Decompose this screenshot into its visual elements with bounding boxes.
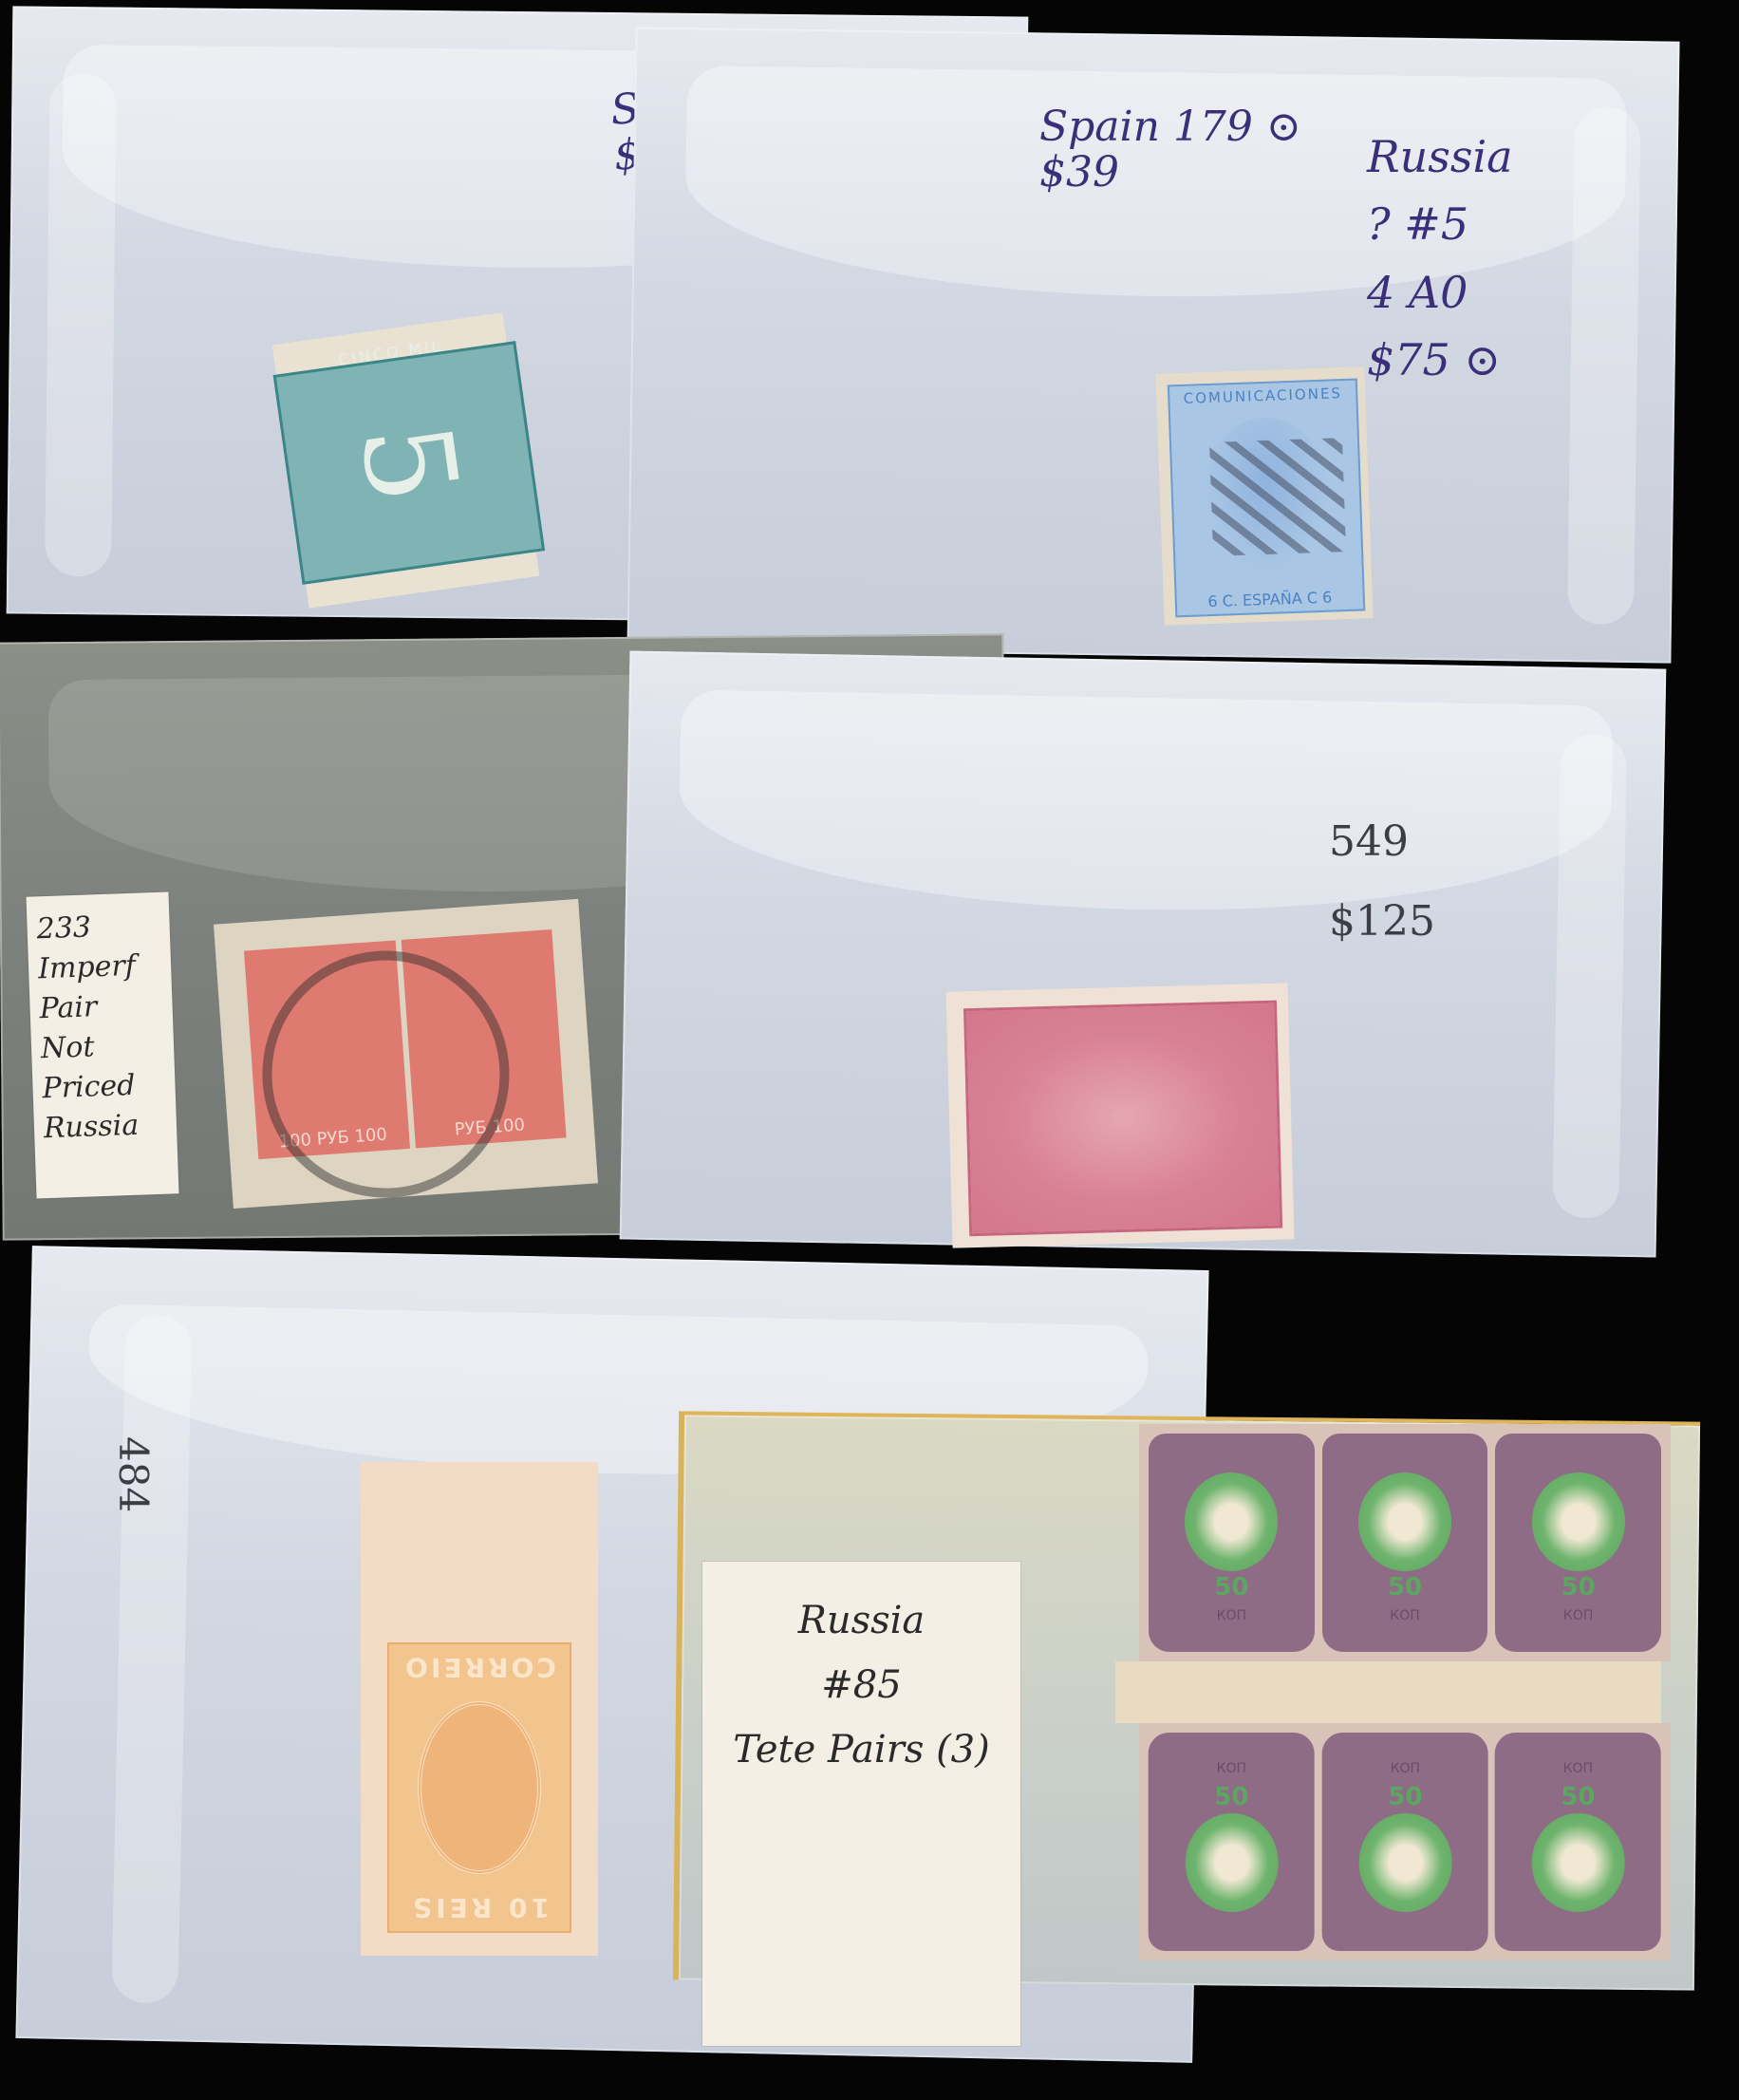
stamp-50-kop: 50КОП [1495, 1434, 1661, 1652]
stamp-currency: КОП [1495, 1608, 1661, 1623]
eagle-icon [1185, 1813, 1278, 1912]
note-spain-179: Spain 179 ⊙ $39 [1039, 104, 1301, 197]
stamp-body: 10 REIS CORREIO [387, 1642, 571, 1933]
eagle-icon [1358, 1813, 1451, 1912]
stamp-value: 50 [1149, 1783, 1315, 1811]
stamp-50-kop: 50КОП [1495, 1733, 1661, 1951]
label-russia-233: 233 Imperf Pair Not Priced Russia [26, 891, 178, 1198]
stamp-spain-6c-portrait: COMUNICACIONES 6 C. ESPAÑA C 6 [1155, 366, 1373, 626]
stamp-currency: КОП [1322, 1608, 1488, 1623]
cancellation-mark [1209, 438, 1346, 556]
stamp-row-inverted: 50КОП 50КОП 50КОП [1139, 1723, 1671, 1960]
eagle-icon [1532, 1813, 1625, 1912]
stamp-50-kop: 50КОП [1149, 1733, 1315, 1951]
stamp-50-kop: 50КОП [1149, 1434, 1315, 1652]
label-text: Russia #85 Tete Pairs (3) [702, 1562, 1020, 1809]
stamp-value: 50 [1495, 1573, 1661, 1602]
stamp-gutter [1115, 1661, 1661, 1723]
stamp-legend-top: COMUNICACIONES [1169, 384, 1356, 408]
stamp-legend-bottom: CORREIO [389, 1652, 570, 1683]
label-text: 233 Imperf Pair Not Priced Russia [26, 891, 178, 1162]
stamp-value: 50 [1322, 1783, 1488, 1811]
sleeve-fold [1552, 734, 1627, 1219]
label-russia-85: Russia #85 Tete Pairs (3) [702, 1562, 1020, 2046]
note-484: 484 [111, 1436, 155, 1512]
stamp-currency: КОП [1495, 1761, 1661, 1776]
sleeve-fold [111, 1314, 192, 2003]
stamp-50-kop: 50КОП [1322, 1733, 1488, 1951]
stamp-row-upright: 50КОП 50КОП 50КОП [1139, 1424, 1671, 1661]
stamp-value: 50 [1322, 1573, 1488, 1602]
stamp-spain-5-mil: CINCO MIL 5 [272, 312, 540, 608]
stamp-body [963, 1001, 1282, 1237]
sleeve-flap [677, 689, 1614, 917]
stamp-legend-top: 10 REIS [389, 1892, 570, 1923]
stamp-currency: КОП [1149, 1608, 1315, 1623]
stamp-50-kop: 50КОП [1322, 1434, 1488, 1652]
stamp-russia-imperf-pair: 100 РУБ 100 РУБ 100 [214, 899, 598, 1209]
stamp-value: 50 [1149, 1573, 1315, 1602]
sleeve-fold [45, 73, 117, 577]
medallion-icon [418, 1701, 541, 1874]
eagle-icon [1358, 1472, 1451, 1571]
stamp-correio-10-reis: 10 REIS CORREIO [361, 1462, 598, 1956]
stamp-currency: КОП [1149, 1761, 1315, 1776]
note-549: 549 $125 [1329, 802, 1435, 961]
stamp-value: 50 [1495, 1783, 1661, 1811]
stamp-numeral: 5 [273, 341, 546, 585]
stamp-pink-pictorial [946, 983, 1295, 1247]
stamp-legend-bottom: 6 C. ESPAÑA C 6 [1177, 587, 1364, 611]
eagle-icon [1185, 1472, 1278, 1571]
stamp-block-russia-50-kop: 50КОП 50КОП 50КОП 50КОП 50КОП 50КОП [1139, 1424, 1671, 1956]
stamp-currency: КОП [1322, 1761, 1488, 1776]
note-russia-5: Russia ? #5 4 A0 $75 ⊙ [1367, 123, 1513, 394]
eagle-icon [1532, 1472, 1625, 1571]
stamp-body: COMUNICACIONES 6 C. ESPAÑA C 6 [1168, 379, 1365, 618]
sleeve-fold [1567, 106, 1641, 625]
